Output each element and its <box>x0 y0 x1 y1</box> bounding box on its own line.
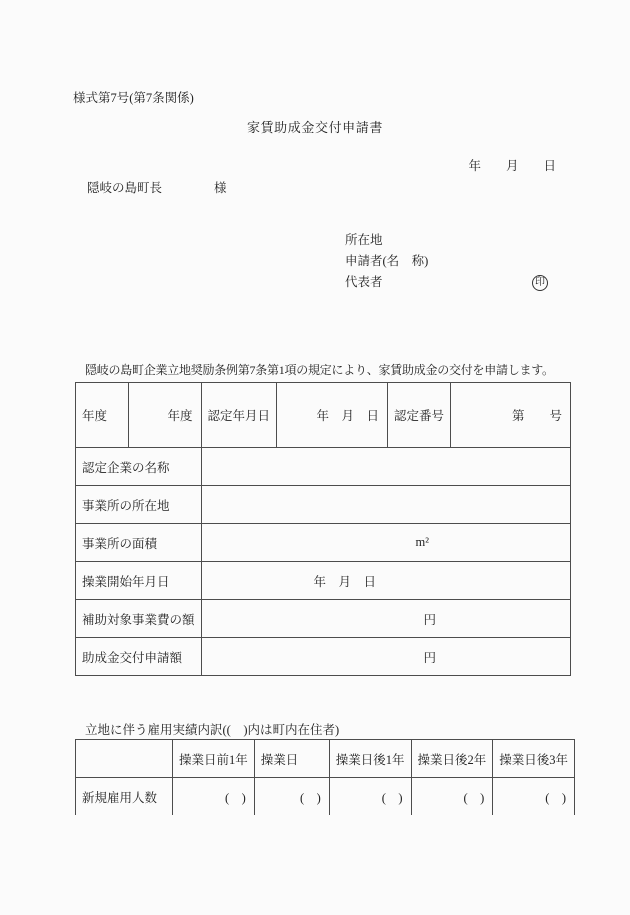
col-header-1yr-before: 操業日前1年 <box>173 740 255 778</box>
table-row: 新規雇用人数 ( ) ( ) ( ) ( ) ( ) <box>76 778 575 816</box>
col-header-operation-day: 操業日 <box>254 740 329 778</box>
col-header-3yr-after: 操業日後3年 <box>493 740 575 778</box>
operation-start-label-cell: 操業開始年月日 <box>76 562 202 600</box>
applicant-block: 所在地 申請者(名 称) 代表者 印 <box>345 230 548 293</box>
certification-date-label-cell: 認定年月日 <box>201 383 277 448</box>
certification-number-label-cell: 認定番号 <box>388 383 451 448</box>
page-title: 家賃助成金交付申請書 <box>0 117 630 136</box>
company-name-label-cell: 認定企業の名称 <box>76 448 202 486</box>
subsidy-target-cost-value-cell: 円 <box>201 600 571 638</box>
employment-table-header-row: 操業日前1年 操業日 操業日後1年 操業日後2年 操業日後3年 <box>76 740 575 778</box>
applicant-representative-label: 代表者 <box>345 272 383 293</box>
addressee-honorific: 様 <box>214 181 227 195</box>
applicant-location-row: 所在地 <box>345 230 548 251</box>
office-location-label-cell: 事業所の所在地 <box>76 486 202 524</box>
fiscal-year-label-cell: 年度 <box>76 383 129 448</box>
new-hires-cell-3yr-after: ( ) <box>493 778 575 816</box>
application-form-page: 様式第7号(第7条関係) 家賃助成金交付申請書 年 月 日 隠岐の島町長様 所在… <box>0 0 630 915</box>
applicant-representative-row: 代表者 印 <box>345 272 548 293</box>
new-hires-cell-1yr-before: ( ) <box>173 778 255 816</box>
subsidy-target-cost-label-cell: 補助対象事業費の額 <box>76 600 202 638</box>
date-line: 年 月 日 <box>0 156 630 174</box>
office-area-label-cell: 事業所の面積 <box>76 524 202 562</box>
col-header-2yr-after: 操業日後2年 <box>411 740 493 778</box>
new-hires-cell-2yr-after: ( ) <box>411 778 493 816</box>
office-area-value-cell: m² <box>201 524 571 562</box>
office-location-value-cell <box>201 486 571 524</box>
col-header-1yr-after: 操業日後1年 <box>329 740 411 778</box>
table-row: 事業所の面積 m² <box>76 524 571 562</box>
company-name-value-cell <box>201 448 571 486</box>
main-table-header-row: 年度 年度 認定年月日 年 月 日 認定番号 第 号 <box>76 383 571 448</box>
fiscal-year-value-cell: 年度 <box>129 383 201 448</box>
new-hires-cell-1yr-after: ( ) <box>329 778 411 816</box>
table-row: 補助対象事業費の額 円 <box>76 600 571 638</box>
subsidy-request-amount-value-cell: 円 <box>201 638 571 676</box>
operation-start-value-cell: 年 月 日 <box>201 562 571 600</box>
applicant-name-row: 申請者(名 称) <box>345 251 548 272</box>
new-hires-label-cell: 新規雇用人数 <box>76 778 173 816</box>
main-table: 年度 年度 認定年月日 年 月 日 認定番号 第 号 認定企業の名称 事業所の所… <box>75 382 571 676</box>
addressee-line: 隠岐の島町長様 <box>87 178 227 196</box>
declaration-sentence: 隠岐の島町企業立地奨励条例第7条第1項の規定により、家賃助成金の交付を申請します… <box>85 361 554 378</box>
employment-corner-cell <box>76 740 173 778</box>
subsidy-request-amount-label-cell: 助成金交付申請額 <box>76 638 202 676</box>
employment-table: 操業日前1年 操業日 操業日後1年 操業日後2年 操業日後3年 新規雇用人数 (… <box>75 739 575 815</box>
addressee-name: 隠岐の島町長 <box>87 181 162 195</box>
table-row: 事業所の所在地 <box>76 486 571 524</box>
table-row: 助成金交付申請額 円 <box>76 638 571 676</box>
table-row: 操業開始年月日 年 月 日 <box>76 562 571 600</box>
form-number: 様式第7号(第7条関係) <box>73 88 194 106</box>
employment-table-caption: 立地に伴う雇用実績内訳(( )内は町内在住者) <box>85 720 339 738</box>
seal-icon: 印 <box>532 275 548 291</box>
applicant-name-label: 申請者(名 称) <box>345 251 428 272</box>
certification-date-value-cell: 年 月 日 <box>277 383 388 448</box>
table-row: 認定企業の名称 <box>76 448 571 486</box>
certification-number-value-cell: 第 号 <box>451 383 571 448</box>
new-hires-cell-operation-day: ( ) <box>254 778 329 816</box>
applicant-location-label: 所在地 <box>345 230 383 251</box>
